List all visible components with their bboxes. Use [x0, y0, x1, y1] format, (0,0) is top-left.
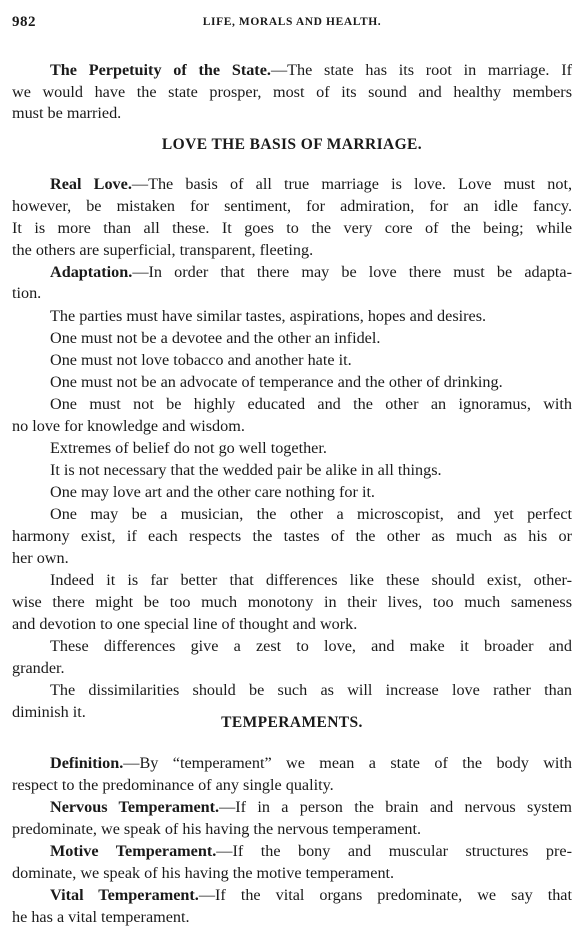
paragraph-line: grander.	[12, 658, 572, 679]
paragraph-definition: Definition.—By “temperament” we mean a s…	[50, 753, 572, 774]
paragraph-lead: Definition.	[50, 754, 123, 772]
paragraph-lead: Vital Temperament.	[50, 886, 199, 904]
paragraph-lead: Motive Temperament.	[50, 842, 216, 860]
paragraph-real-love: Real Love.—The basis of all true marriag…	[50, 174, 572, 195]
paragraph-vital: Vital Temperament.—If the vital organs p…	[50, 885, 572, 906]
paragraph-line: Indeed it is far better that differences…	[50, 570, 572, 591]
paragraph-adaptation: Adaptation.—In order that there may be l…	[50, 262, 572, 283]
paragraph-line: One may be a musician, the other a micro…	[50, 504, 572, 525]
paragraph-line: dominate, we speak of his having the mot…	[12, 863, 572, 884]
paragraph-line: It is not necessary that the wedded pair…	[50, 460, 572, 481]
paragraph-line: however, be mistaken for sentiment, for …	[12, 196, 572, 217]
paragraph-lead: The Perpetuity of the State.	[50, 61, 271, 79]
paragraph-lead: Nervous Temperament.	[50, 798, 219, 816]
running-head: LIFE, MORALS AND HEALTH.	[12, 16, 572, 28]
paragraph-line: no love for knowledge and wisdom.	[12, 416, 572, 437]
paragraph-nervous: Nervous Temperament.—If in a person the …	[50, 797, 572, 818]
book-page: 982 LIFE, MORALS AND HEALTH. The Perpetu…	[0, 0, 584, 933]
section-heading-love: LOVE THE BASIS OF MARRIAGE.	[0, 136, 584, 154]
paragraph-line: One may love art and the other care noth…	[50, 482, 572, 503]
paragraph-line: tion.	[12, 283, 572, 304]
paragraph-line: he has a vital temperament.	[12, 907, 572, 928]
paragraph-line: The parties must have similar tastes, as…	[50, 306, 572, 327]
paragraph-motive: Motive Temperament.—If the bony and musc…	[50, 841, 572, 862]
paragraph-line: The dissimilarities should be such as wi…	[50, 680, 572, 701]
paragraph-line: must be married.	[12, 103, 572, 124]
paragraph-perpetuity: The Perpetuity of the State.—The state h…	[50, 60, 572, 81]
paragraph-line: the others are superficial, transparent,…	[12, 240, 572, 261]
paragraph-line: we would have the state prosper, most of…	[12, 82, 572, 103]
paragraph-line: predominate, we speak of his having the …	[12, 819, 572, 840]
paragraph-line: One must not be an advocate of temperanc…	[50, 372, 572, 393]
page-header: 982 LIFE, MORALS AND HEALTH.	[12, 14, 572, 34]
paragraph-line: One must not love tobacco and another ha…	[50, 350, 572, 371]
paragraph-lead: Real Love.	[50, 175, 132, 193]
paragraph-line: harmony exist, if each respects the tast…	[12, 526, 572, 547]
paragraph-lead: Adaptation.	[50, 263, 132, 281]
paragraph-line: her own.	[12, 548, 572, 569]
section-heading-temperaments: TEMPERAMENTS.	[0, 714, 584, 732]
paragraph-line: One must not be highly educated and the …	[50, 394, 572, 415]
paragraph-line: One must not be a devotee and the other …	[50, 328, 572, 349]
paragraph-line: These differences give a zest to love, a…	[50, 636, 572, 657]
paragraph-line: wise there might be too much monotony in…	[12, 592, 572, 613]
paragraph-line: respect to the predominance of any singl…	[12, 775, 572, 796]
paragraph-line: It is more than all these. It goes to th…	[12, 218, 572, 239]
paragraph-line: and devotion to one special line of thou…	[12, 614, 572, 635]
paragraph-line: Extremes of belief do not go well togeth…	[50, 438, 572, 459]
